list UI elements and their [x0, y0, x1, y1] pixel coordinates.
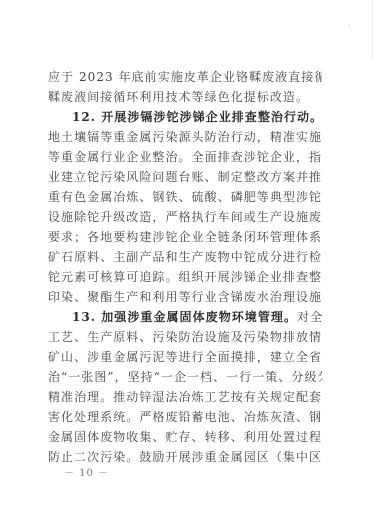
- document-page: 应于 2023 年底前实施皮革企业铬鞣废液直接循环利用技术、铬 鞣废液间接循环利…: [0, 0, 376, 532]
- line-text: 矿石原料、主副产品和生产废物中铊成分进行检测分析，实现: [48, 250, 322, 264]
- page-number: － 10 －: [64, 467, 109, 481]
- line-text: 精准治理。推动锌湿法冶炼工艺按有关规定配套建设浸出渣无: [48, 390, 322, 404]
- text-line: 害化处理系统。严格废铅蓄电池、冶炼灰渣、钢厂烟灰等含重: [48, 407, 322, 427]
- text-line: 矿石原料、主副产品和生产废物中铊成分进行检测分析，实现: [48, 247, 322, 267]
- section-12-heading-line: 12. 开展涉镉涉铊涉锑企业排查整治行动。各地要结合农用: [48, 107, 322, 127]
- text-line: 重有色金属冶炼、钢铁、硫酸、磷肥等典型涉铊企业废水治理: [48, 187, 322, 207]
- line-text: 铊元素可核算可追踪。组织开展涉锑企业排查整治，推动纺织: [48, 270, 322, 284]
- text-line: 防止二次污染。鼓励开展涉重金属园区（集中区）危险废物集: [48, 447, 322, 467]
- line-text: 重有色金属冶炼、钢铁、硫酸、磷肥等典型涉铊企业废水治理: [48, 190, 322, 204]
- line-text: 设施除铊升级改造，严格执行车间或生产设施废水排放口达标: [48, 210, 322, 224]
- line-text: 矿山、涉重金属污泥等进行全面摸排，建立全省重金属污染防: [48, 350, 322, 364]
- line-text: 治“一张图”，坚持“一企一档、一行一策、分级分类”，推动: [48, 370, 322, 384]
- line-text: 业建立铊污染风险问题台账、制定整改方案并推进整改；开展: [48, 170, 322, 184]
- section-heading-13: 13. 加强涉重金属固体废物环境管理。: [72, 310, 297, 324]
- text-line: 鞣废液间接循环利用技术等绿色化提标改造。: [48, 87, 322, 107]
- section-13-heading-line: 13. 加强涉重金属固体废物环境管理。对全省涉重企业技术: [48, 307, 322, 327]
- text-line: 等重金属行业企业整治。全面排查涉铊企业，指导督促涉铊企: [48, 147, 322, 167]
- line-text: 等重金属行业企业整治。全面排查涉铊企业，指导督促涉铊企: [48, 150, 322, 164]
- line-text: 要求；各地要构建涉铊企业全链条闭环管理体系，督促企业对: [48, 230, 322, 244]
- page-edge-line: [372, 0, 373, 60]
- line-text: 应于 2023 年底前实施皮革企业铬鞣废液直接循环利用技术、铬: [48, 70, 322, 84]
- text-line: 印染、聚酯生产和利用等行业含锑废水治理设施升级改造。: [48, 287, 322, 307]
- line-text: 地土壤镉等重金属污染源头防治行动，精准实施耕地周边涉镉: [48, 130, 322, 144]
- text-line: 金属固体废物收集、贮存、转移、利用处置过程的环境管理，: [48, 427, 322, 447]
- line-text: 防止二次污染。鼓励开展涉重金属园区（集中区）危险废物集: [48, 450, 322, 464]
- text-line: 精准治理。推动锌湿法冶炼工艺按有关规定配套建设浸出渣无: [48, 387, 322, 407]
- text-line: 地土壤镉等重金属污染源头防治行动，精准实施耕地周边涉镉: [48, 127, 322, 147]
- line-text: 鞣废液间接循环利用技术等绿色化提标改造。: [48, 90, 309, 104]
- text-line: 要求；各地要构建涉铊企业全链条闭环管理体系，督促企业对: [48, 227, 322, 247]
- text-line: 矿山、涉重金属污泥等进行全面摸排，建立全省重金属污染防: [48, 347, 322, 367]
- text-line: 应于 2023 年底前实施皮革企业铬鞣废液直接循环利用技术、铬: [48, 67, 322, 87]
- text-line: 铊元素可核算可追踪。组织开展涉锑企业排查整治，推动纺织: [48, 267, 322, 287]
- section-heading-12: 12. 开展涉镉涉铊涉锑企业排查整治行动。: [72, 110, 322, 124]
- line-text: 对全省涉重企业技术: [297, 310, 322, 324]
- text-line: 设施除铊升级改造，严格执行车间或生产设施废水排放口达标: [48, 207, 322, 227]
- line-text: 印染、聚酯生产和利用等行业含锑废水治理设施升级改造。: [48, 290, 322, 304]
- line-text: 金属固体废物收集、贮存、转移、利用处置过程的环境管理，: [48, 430, 322, 444]
- scan-speck: [348, 25, 350, 26]
- text-line: 业建立铊污染风险问题台账、制定整改方案并推进整改；开展: [48, 167, 322, 187]
- text-line: 治“一张图”，坚持“一企一档、一行一策、分级分类”，推动: [48, 367, 322, 387]
- body-text: 应于 2023 年底前实施皮革企业铬鞣废液直接循环利用技术、铬 鞣废液间接循环利…: [48, 67, 322, 467]
- line-text: 工艺、生产原料、污染防治设施及污染物排放情况和涉重金属: [48, 330, 322, 344]
- text-line: 工艺、生产原料、污染防治设施及污染物排放情况和涉重金属: [48, 327, 322, 347]
- line-text: 害化处理系统。严格废铅蓄电池、冶炼灰渣、钢厂烟灰等含重: [48, 410, 322, 424]
